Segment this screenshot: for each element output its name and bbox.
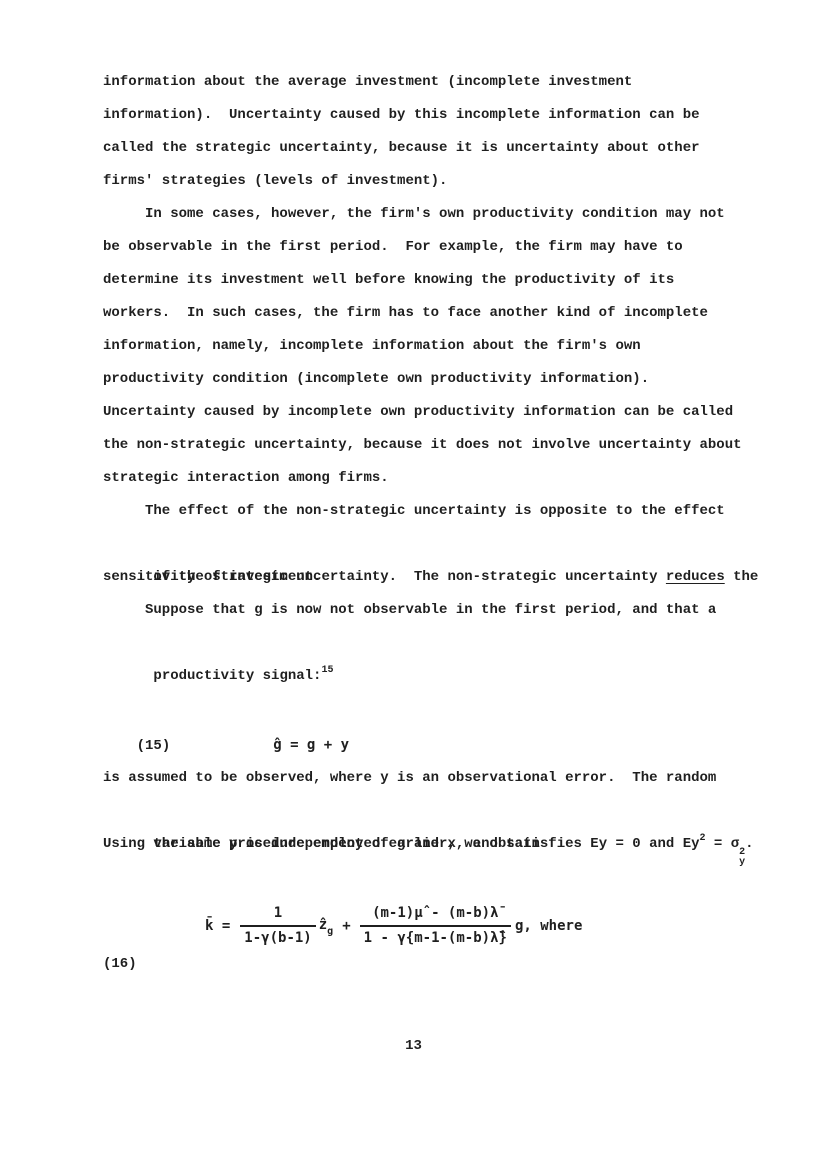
text-segment: the [725, 569, 759, 585]
text-line: workers. In such cases, the firm has to … [103, 297, 758, 330]
equation-16-rhs: g, where [515, 918, 582, 935]
text-line: firms' strategies (levels of investment)… [103, 165, 758, 198]
page-number: 13 [0, 1038, 827, 1054]
text-line: information about the average investment… [103, 66, 758, 99]
text-line: The effect of the non-strategic uncertai… [103, 495, 758, 528]
text-line: the non-strategic uncertainty, because i… [103, 429, 758, 462]
z-subscript: g [327, 926, 333, 937]
fraction-numerator: (m-1)μ̂ - (m-b)λ̄ [366, 905, 504, 925]
fraction-denominator: 1 - γ{m-1-(m-b)λ̂} [360, 925, 511, 947]
text-line: Uncertainty caused by incomplete own pro… [103, 396, 758, 429]
text-line: called the strategic uncertainty, becaus… [103, 132, 758, 165]
text-line: be observable in the first period. For e… [103, 231, 758, 264]
equation-16-lhs: k̄ = [205, 918, 230, 935]
equation-16: k̄ = 1 1-γ(b-1) ẑg + (m-1)μ̂ - (m-b)λ̄ 1… [205, 905, 582, 947]
sigma-subscript: y [739, 858, 745, 868]
text-line: In some cases, however, the firm's own p… [103, 198, 758, 231]
equation-16-z-term: ẑg [319, 917, 333, 935]
equation-16-label: (16) [103, 956, 137, 973]
text-line: determine its investment well before kno… [103, 264, 758, 297]
equation-15-label: (15) [137, 738, 171, 754]
text-line: information). Uncertainty caused by this… [103, 99, 758, 132]
text-segment: productivity signal: [153, 668, 321, 684]
scanned-paper-page: information about the average investment… [0, 0, 827, 1170]
text-line: Suppose that g is now not observable in … [103, 594, 758, 627]
text-line: variable y is independent of g and x, an… [103, 795, 754, 828]
text-segment: . [745, 836, 753, 852]
footnote-superscript: 15 [321, 665, 333, 676]
text-segment: = σ [706, 836, 740, 852]
equation-16-fraction-2: (m-1)μ̂ - (m-b)λ̄ 1 - γ{m-1-(m-b)λ̂} [360, 905, 511, 947]
body-text-column: information about the average investment… [103, 66, 758, 660]
plus-operator: + [342, 918, 350, 935]
text-line: productivity signal:15 [103, 627, 758, 660]
text-line: is assumed to be observed, where y is an… [103, 762, 754, 795]
fraction-denominator: 1-γ(b-1) [240, 925, 315, 947]
body-text-after-equation-15: is assumed to be observed, where y is an… [103, 762, 754, 861]
z-hat: ẑ [319, 917, 327, 933]
text-line: strategic interaction among firms. [103, 462, 758, 495]
equation-16-fraction-1: 1 1-γ(b-1) [240, 905, 315, 947]
equation-15-expression: ĝ = g + y [273, 737, 349, 753]
underlined-word: reduces [666, 569, 725, 585]
fraction-numerator: 1 [268, 905, 288, 925]
text-line: information, namely, incomplete informat… [103, 330, 758, 363]
text-line: productivity condition (incomplete own p… [103, 363, 758, 396]
text-line: of the strategic uncertainty. The non-st… [103, 528, 758, 561]
exponent-superscript: 2 [700, 833, 706, 844]
